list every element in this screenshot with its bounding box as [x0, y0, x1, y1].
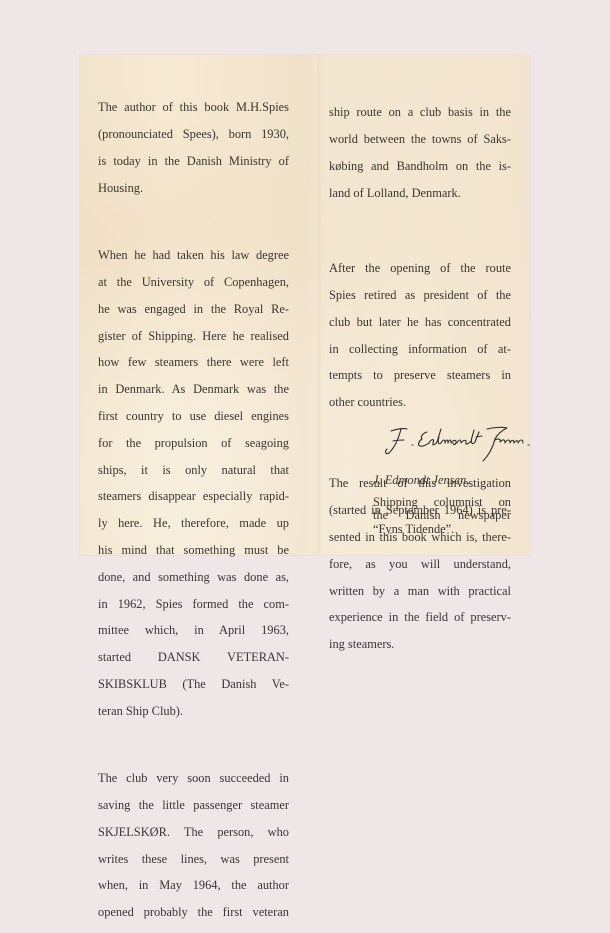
text-line: the Danish newspaper	[373, 509, 511, 522]
text-line: ship route on a club basis in the	[329, 106, 511, 119]
text-line: ships, it is only natural that	[98, 464, 289, 477]
text-line: his mind that something must be	[98, 544, 289, 557]
text-line: After the opening of the route	[329, 262, 511, 275]
text-line: When he had taken his law degree	[98, 249, 289, 262]
text-line: he was engaged in the Royal Re-	[98, 303, 289, 316]
text-line: tempts to preserve steamers in	[329, 369, 511, 382]
text-line: world between the towns of Saks-	[329, 133, 511, 146]
text-line: “Fyns Tidende”.	[373, 523, 511, 536]
paragraph-after-opening: After the opening of the route Spies ret…	[329, 249, 511, 423]
text-line: Housing.	[98, 182, 289, 195]
text-line: købing and Bandholm on the is-	[329, 160, 511, 173]
text-line: fore, as you will understand,	[329, 558, 511, 571]
left-column: The author of this book M.H.Spies (prono…	[98, 88, 289, 610]
text-line: done, and something was done as,	[98, 571, 289, 584]
text-line: first country to use diesel engines	[98, 410, 289, 423]
paragraph-law-degree: When he had taken his law degree at the …	[98, 236, 289, 610]
text-line: how few steamers there were left	[98, 356, 289, 369]
text-line: steamers disappear especially rapid-	[98, 490, 289, 503]
text-line: written by a man with practical	[329, 585, 511, 598]
text-line: Shipping columnist on	[373, 496, 511, 509]
text-line: The author of this book M.H.Spies	[98, 101, 289, 114]
paragraph-ship-route: ship route on a club basis in the world …	[329, 93, 511, 214]
text-line: in Denmark. As Denmark was the	[98, 383, 289, 396]
handwritten-signature	[383, 423, 533, 463]
text-line: is today in the Danish Ministry of	[98, 155, 289, 168]
book-page: The author of this book M.H.Spies (prono…	[80, 55, 530, 555]
paragraph-author-intro: The author of this book M.H.Spies (prono…	[98, 88, 289, 209]
text-line: land of Lolland, Denmark.	[329, 187, 511, 200]
text-line: for the propulsion of seagoing	[98, 437, 289, 450]
page-fold	[316, 55, 322, 555]
author-name: J. Edmondt Jensen,	[373, 473, 469, 488]
text-line: in collecting information of at-	[329, 343, 511, 356]
text-line: Spies retired as president of the	[329, 289, 511, 302]
text-line: ly here. He, therefore, made up	[98, 517, 289, 530]
text-line: other countries.	[329, 396, 511, 409]
text-line: gister of Shipping. Here he realised	[98, 330, 289, 343]
author-role: Shipping columnist on the Danish newspap…	[373, 496, 511, 536]
text-line: in 1962, Spies formed the com-	[98, 598, 289, 610]
text-line: at the University of Copenhagen,	[98, 276, 289, 289]
text-line: club but later he has concentrated	[329, 316, 511, 329]
text-line: (pronounciated Spees), born 1930,	[98, 128, 289, 141]
